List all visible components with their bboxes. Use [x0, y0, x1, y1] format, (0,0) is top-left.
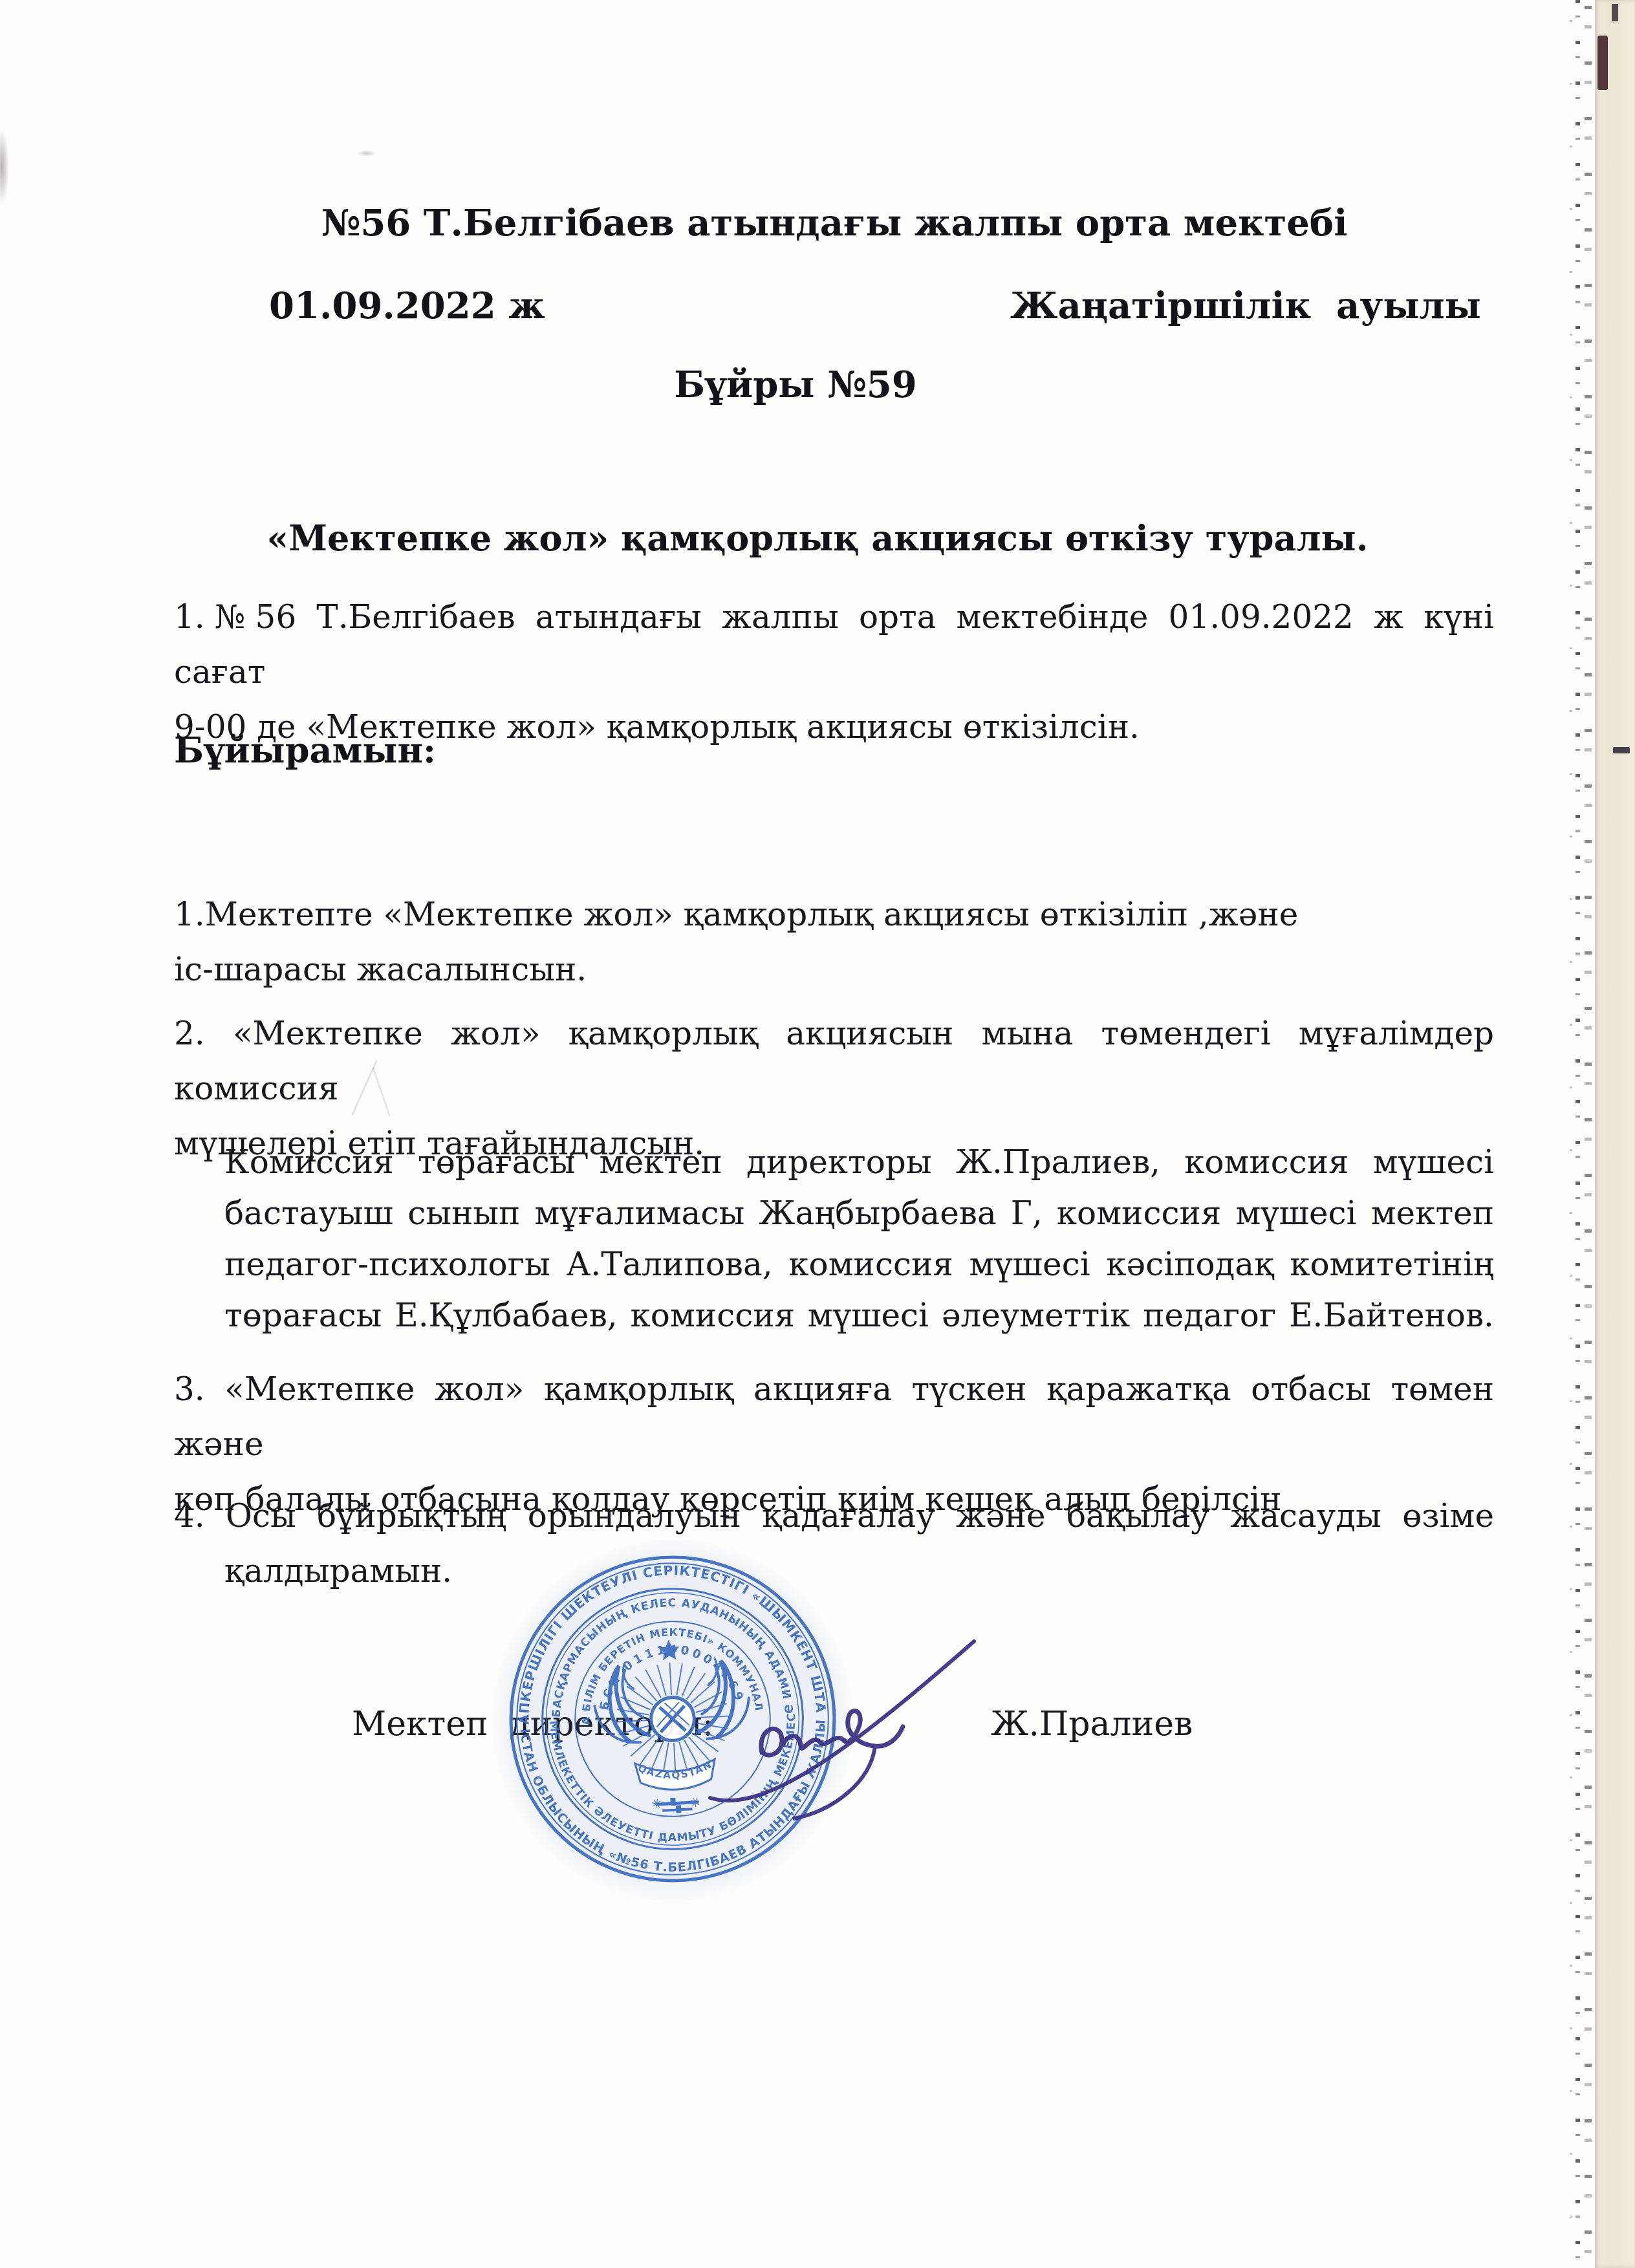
paragraph-commission: Комиссия төрағасы мектеп директоры Ж.Пра…	[224, 1137, 1494, 1341]
handwritten-signature	[686, 1596, 996, 1861]
text-line: Комиссия төрағасы мектеп директоры Ж.Пра…	[224, 1137, 1494, 1188]
school-title: №56 Т.Белгібаев атындағы жалпы орта мект…	[168, 202, 1500, 244]
text-line: төрағасы Е.Құлбабаев, комиссия мүшесі әл…	[224, 1290, 1494, 1341]
text-line: 1.Мектепте «Мектепке жол» қамқорлық акци…	[174, 887, 1494, 942]
text-line: бастауыш сынып мұғалимасы Жаңбырбаева Г,…	[224, 1188, 1494, 1239]
order-subject: «Мектепке жол» қамқорлық акциясы өткізу …	[168, 517, 1467, 559]
scanned-document-page: №56 Т.Белгібаев атындағы жалпы орта мект…	[0, 0, 1635, 2268]
text-line: іс-шарасы жасалынсын.	[174, 942, 1494, 997]
resolve-word: Бұйырамын:	[174, 729, 436, 771]
order-number: Бұйры №59	[168, 363, 1423, 406]
scan-noise-strip	[1570, 0, 1572, 2268]
text-line: қалдырамын.	[174, 1544, 1494, 1599]
order-date: 01.09.2022 ж	[269, 285, 545, 327]
corner-ink-mark	[1597, 36, 1608, 90]
date-place-row: 01.09.2022 ж Жаңатіршілік ауылы	[269, 285, 1481, 327]
village-name: Жаңатіршілік ауылы	[1010, 285, 1481, 327]
adjacent-page-edge	[1595, 0, 1635, 2268]
scan-noise-strip	[1585, 0, 1592, 2268]
text-line: 2. «Мектепке жол» қамқорлық акциясын мын…	[174, 1006, 1494, 1116]
corner-ink-mark	[1612, 4, 1618, 21]
text-line: 1.№56 Т.Белгібаев атындағы жалпы орта ме…	[174, 590, 1494, 700]
director-name: Ж.Пралиев	[991, 1705, 1193, 1744]
scan-speck	[357, 150, 376, 157]
edge-ink-mark	[1613, 747, 1630, 753]
edge-smudge	[0, 128, 9, 206]
text-line: педагог-психологы А.Талипова, комиссия м…	[224, 1239, 1494, 1290]
paragraph-1: 1.Мектепте «Мектепке жол» қамқорлық акци…	[174, 887, 1494, 997]
scan-noise-strip	[1575, 0, 1580, 2268]
text-line: 4. Осы бұйрықтың орындалуын қадағалау жә…	[174, 1489, 1494, 1544]
paragraph-4: 4. Осы бұйрықтың орындалуын қадағалау жә…	[174, 1489, 1494, 1599]
text-line: 3. «Мектепке жол» қамқорлық акцияға түск…	[174, 1362, 1494, 1472]
